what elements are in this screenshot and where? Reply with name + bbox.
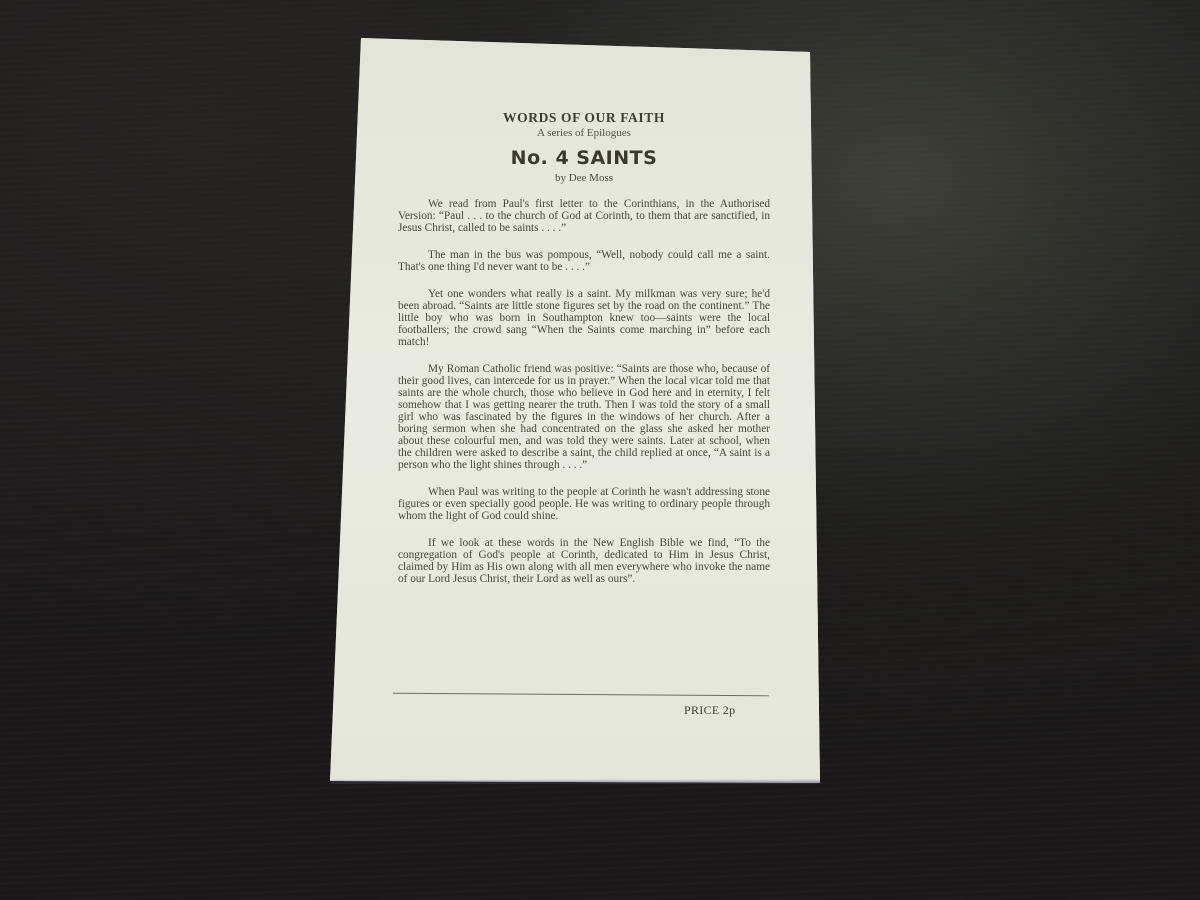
- leaflet-content: WORDS OF OUR FAITH A series of Epilogues…: [398, 108, 770, 600]
- paragraph: The man in the bus was pompous, “Well, n…: [398, 249, 770, 273]
- paragraph: My Roman Catholic friend was positive: “…: [398, 363, 770, 471]
- issue-title: No. 4 SAINTS: [398, 147, 770, 169]
- paper-bottom-edge: [330, 779, 820, 784]
- price-label: PRICE 2p: [684, 703, 735, 718]
- series-subtitle: A series of Epilogues: [398, 127, 770, 139]
- series-title: WORDS OF OUR FAITH: [398, 110, 770, 126]
- body-text: We read from Paul's first letter to the …: [398, 198, 770, 585]
- leaflet-header: WORDS OF OUR FAITH A series of Epilogues…: [398, 110, 770, 184]
- byline: by Dee Moss: [398, 172, 770, 184]
- paragraph: Yet one wonders what really is a saint. …: [398, 288, 770, 348]
- paragraph: When Paul was writing to the people at C…: [398, 486, 770, 522]
- paragraph: We read from Paul's first letter to the …: [398, 198, 770, 234]
- paragraph: If we look at these words in the New Eng…: [398, 537, 770, 585]
